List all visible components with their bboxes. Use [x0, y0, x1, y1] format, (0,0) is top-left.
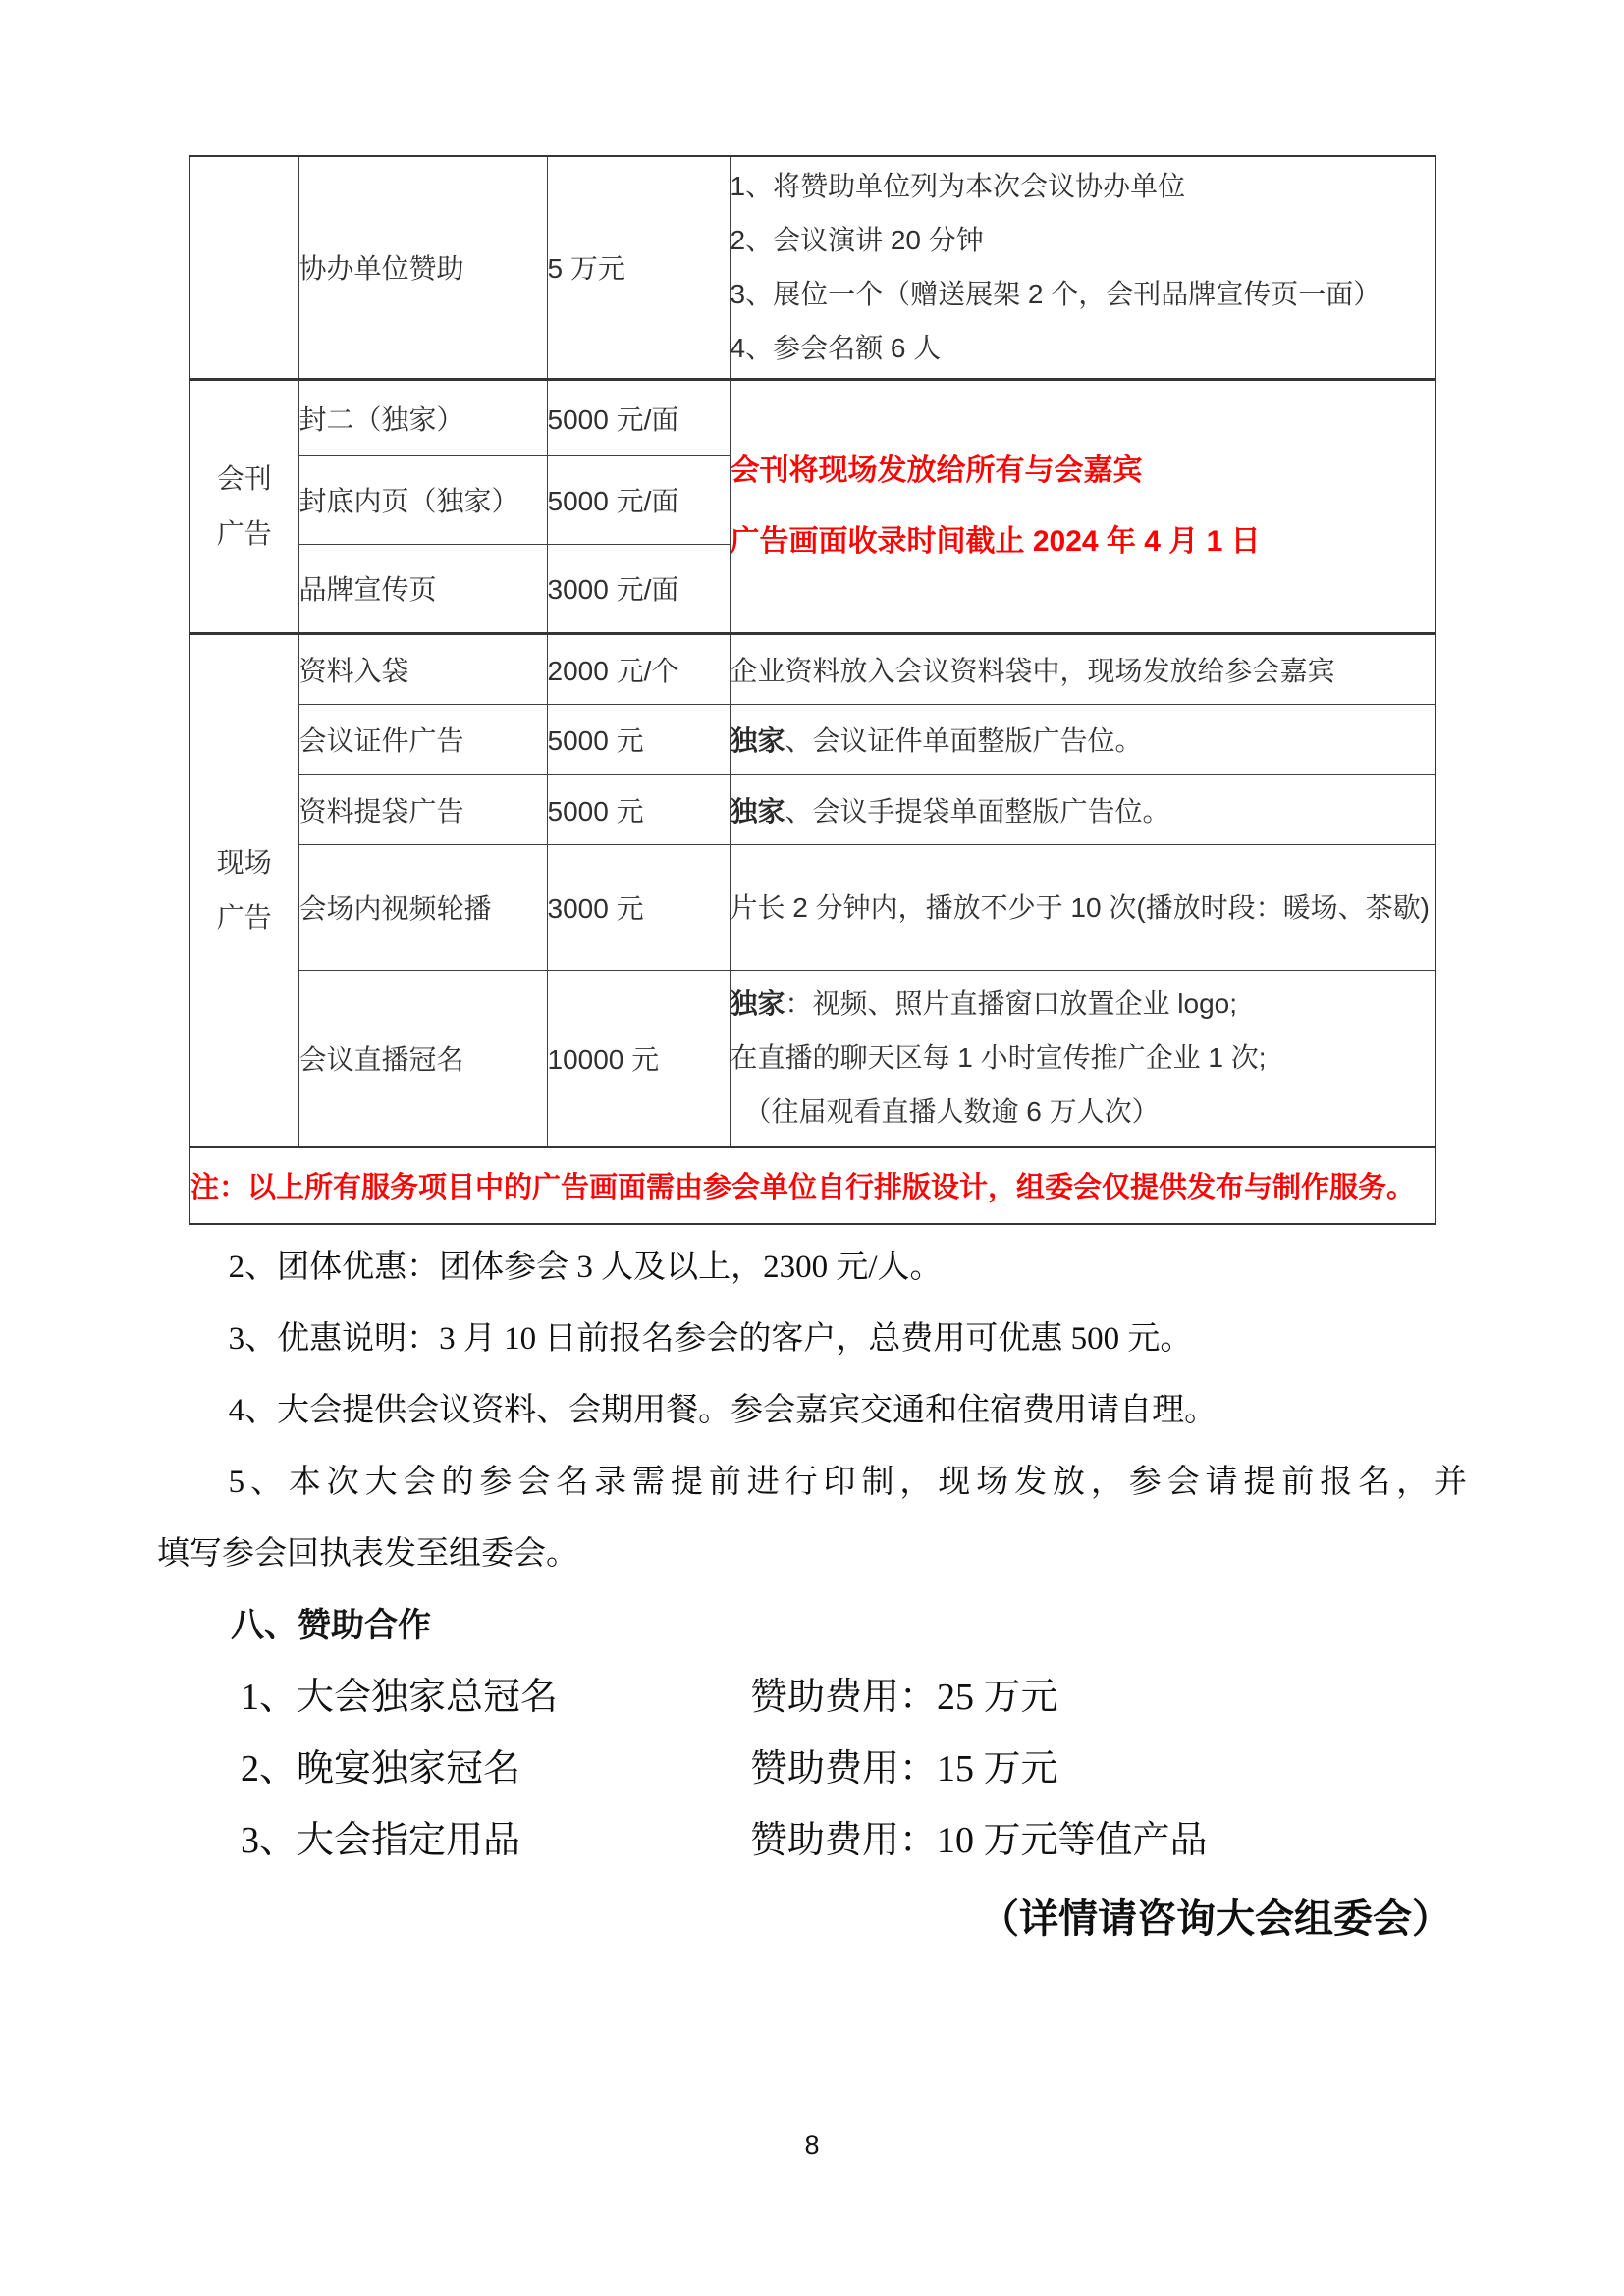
item-cell: 封二（独家）: [298, 379, 547, 455]
item-cell: 会议证件广告: [298, 704, 547, 774]
desc-line: 2、会议演讲 20 分钟: [731, 213, 1435, 267]
document-page: 协办单位赞助 5 万元 1、将赞助单位列为本次会议协办单位 2、会议演讲 20 …: [0, 0, 1624, 2296]
sponsorship-section-heading: 八、赞助合作: [157, 1590, 1467, 1662]
category-label-line: 现场: [190, 835, 298, 890]
desc-line: （往届观看直播人数逾 6 万人次）: [731, 1085, 1435, 1139]
price-cell: 5 万元: [547, 156, 730, 379]
table-row: 会议直播冠名 10000 元 独家：视频、照片直播窗口放置企业 logo; 在直…: [189, 970, 1435, 1147]
exclusive-label: 独家: [731, 796, 785, 827]
desc-line: 在直播的聊天区每 1 小时宣传推广企业 1 次;: [731, 1031, 1435, 1085]
price-cell: 5000 元/面: [547, 455, 730, 544]
desc-text: ：视频、照片直播窗口放置企业 logo;: [785, 988, 1238, 1019]
item-cell: 协办单位赞助: [298, 156, 547, 379]
desc-text: 、会议手提袋单面整版广告位。: [785, 796, 1170, 827]
table-row: 注：以上所有服务项目中的广告画面需由参会单位自行排版设计，组委会仅提供发布与制作…: [189, 1147, 1435, 1224]
exclusive-label: 独家: [731, 725, 785, 756]
category-cell-onsite-ads: 现场 广告: [189, 633, 298, 1147]
price-cell: 10000 元: [547, 970, 730, 1147]
sponsor-item-fee: 赞助费用：15 万元: [750, 1734, 1467, 1805]
paragraph-registration-line2: 填写参会回执表发至组委会。: [157, 1519, 1467, 1590]
table-row: 现场 广告 资料入袋 2000 元/个 企业资料放入会议资料袋中，现场发放给参会…: [189, 633, 1435, 704]
category-cell-journal-ads: 会刊 广告: [189, 379, 298, 633]
desc-line: 3、展位一个（赠送展架 2 个，会刊品牌宣传页一面）: [731, 267, 1435, 321]
desc-cell: 独家、会议证件单面整版广告位。: [730, 704, 1435, 774]
page-number: 8: [0, 2130, 1624, 2161]
item-cell: 封底内页（独家）: [298, 455, 547, 544]
sponsor-item-row: 1、大会独家总冠名 赞助费用：25 万元: [157, 1662, 1467, 1734]
journal-red-note-cell: 会刊将现场发放给所有与会嘉宾 广告画面收录时间截止 2024 年 4 月 1 日: [730, 379, 1435, 633]
sponsor-item-fee: 赞助费用：25 万元: [750, 1662, 1467, 1734]
price-cell: 3000 元/面: [547, 544, 730, 633]
sponsorship-pricing-table: 协办单位赞助 5 万元 1、将赞助单位列为本次会议协办单位 2、会议演讲 20 …: [189, 155, 1436, 1225]
sponsor-item-row: 3、大会指定用品 赞助费用：10 万元等值产品: [157, 1805, 1467, 1877]
desc-cell: 企业资料放入会议资料袋中，现场发放给参会嘉宾: [730, 633, 1435, 704]
paragraph-services: 4、大会提供会议资料、会期用餐。参会嘉宾交通和住宿费用请自理。: [157, 1375, 1467, 1447]
desc-cell: 独家、会议手提袋单面整版广告位。: [730, 774, 1435, 844]
price-cell: 2000 元/个: [547, 633, 730, 704]
item-cell: 资料提袋广告: [298, 774, 547, 844]
category-label-line: 广告: [190, 507, 298, 561]
sponsor-item-name: 3、大会指定用品: [241, 1805, 750, 1877]
paragraph-discount-note: 3、优惠说明：3 月 10 日前报名参会的客户，总费用可优惠 500 元。: [157, 1304, 1467, 1375]
sponsor-item-name: 2、晚宴独家冠名: [241, 1734, 750, 1805]
red-note-line: 会刊将现场发放给所有与会嘉宾: [731, 436, 1435, 507]
table-row: 协办单位赞助 5 万元 1、将赞助单位列为本次会议协办单位 2、会议演讲 20 …: [189, 156, 1435, 379]
table-footnote: 注：以上所有服务项目中的广告画面需由参会单位自行排版设计，组委会仅提供发布与制作…: [189, 1147, 1435, 1224]
price-cell: 3000 元: [547, 844, 730, 970]
item-cell: 会议直播冠名: [298, 970, 547, 1147]
price-cell: 5000 元: [547, 774, 730, 844]
sponsor-item-name: 1、大会独家总冠名: [241, 1662, 750, 1734]
table-row: 会议证件广告 5000 元 独家、会议证件单面整版广告位。: [189, 704, 1435, 774]
contact-committee-note: （详情请咨询大会组委会）: [157, 1883, 1467, 1954]
category-label-line: 会刊: [190, 452, 298, 507]
item-cell: 资料入袋: [298, 633, 547, 704]
sponsor-item-row: 2、晚宴独家冠名 赞助费用：15 万元: [157, 1734, 1467, 1805]
paragraph-registration-line1: 5、本次大会的参会名录需提前进行印制，现场发放，参会请提前报名，并: [157, 1447, 1467, 1519]
sponsor-item-fee: 赞助费用：10 万元等值产品: [750, 1805, 1467, 1877]
desc-line: 独家：视频、照片直播窗口放置企业 logo;: [731, 977, 1435, 1031]
exclusive-label: 独家: [731, 988, 785, 1019]
desc-line: 4、参会名额 6 人: [731, 321, 1435, 375]
table-row: 会刊 广告 封二（独家） 5000 元/面 会刊将现场发放给所有与会嘉宾 广告画…: [189, 379, 1435, 455]
desc-text: 、会议证件单面整版广告位。: [785, 725, 1143, 756]
desc-line: 1、将赞助单位列为本次会议协办单位: [731, 159, 1435, 213]
item-cell: 会场内视频轮播: [298, 844, 547, 970]
table-row: 会场内视频轮播 3000 元 片长 2 分钟内，播放不少于 10 次(播放时段：…: [189, 844, 1435, 970]
item-cell: 品牌宣传页: [298, 544, 547, 633]
desc-cell: 独家：视频、照片直播窗口放置企业 logo; 在直播的聊天区每 1 小时宣传推广…: [730, 970, 1435, 1147]
category-cell-empty: [189, 156, 298, 379]
desc-cell: 1、将赞助单位列为本次会议协办单位 2、会议演讲 20 分钟 3、展位一个（赠送…: [730, 156, 1435, 379]
body-text: 2、团体优惠：团体参会 3 人及以上，2300 元/人。 3、优惠说明：3 月 …: [157, 1232, 1467, 1954]
category-label-line: 广告: [190, 890, 298, 945]
desc-cell: 片长 2 分钟内，播放不少于 10 次(播放时段：暖场、茶歇): [730, 844, 1435, 970]
red-note-line: 广告画面收录时间截止 2024 年 4 月 1 日: [731, 507, 1435, 577]
price-cell: 5000 元: [547, 704, 730, 774]
paragraph-group-discount: 2、团体优惠：团体参会 3 人及以上，2300 元/人。: [157, 1232, 1467, 1304]
price-cell: 5000 元/面: [547, 379, 730, 455]
table-row: 资料提袋广告 5000 元 独家、会议手提袋单面整版广告位。: [189, 774, 1435, 844]
